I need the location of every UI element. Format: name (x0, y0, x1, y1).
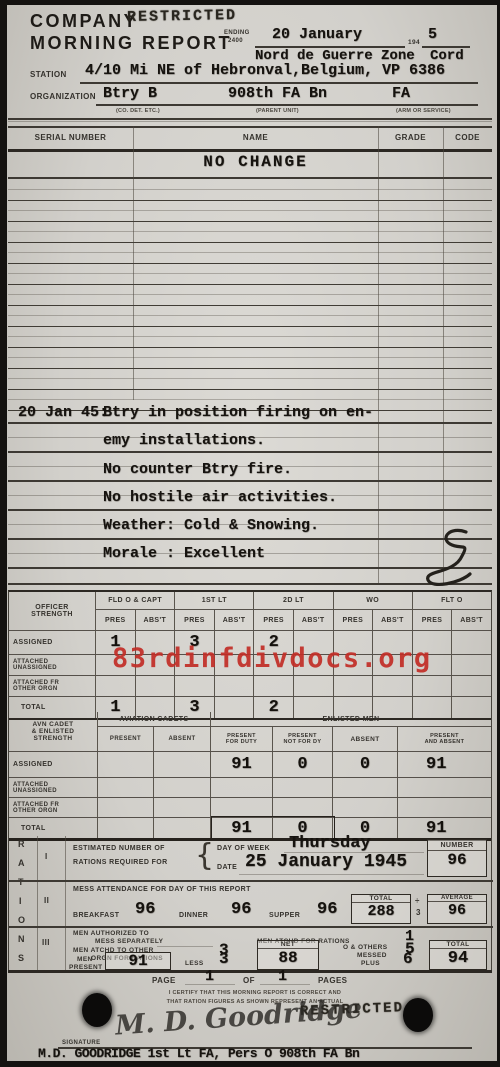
rations-divider (65, 836, 66, 970)
avn-cell (398, 778, 491, 797)
rule-line (260, 984, 310, 985)
rations-row-rule (9, 926, 493, 928)
men-authorized-label-1: MEN AUTHORIZED TO (73, 930, 149, 937)
rations-letter: A (18, 858, 25, 868)
blank-roster-rows (8, 180, 492, 411)
officer-group-flt-o: FLT O (413, 592, 491, 609)
grand-total-box: TOTAL 94 (429, 940, 487, 970)
officer-cell (136, 676, 176, 696)
blank-row (8, 348, 492, 369)
day-of-week-label: DAY OF WEEK (217, 845, 270, 852)
officer-sub-pres: PRES (175, 610, 215, 630)
mess-total-label: TOTAL (352, 895, 410, 903)
roster-top-rule (8, 126, 492, 128)
avn-cell (154, 778, 211, 797)
avn-sub-present-not-for-dy: PRESENT NOT FOR DY (273, 727, 333, 751)
punch-hole-left (82, 993, 112, 1027)
avn-total-cell (154, 818, 211, 838)
officer-assigned-cell (452, 631, 491, 654)
page-value: 1 (205, 968, 214, 985)
org-sub-arm-label: (ARM OR SERVICE) (396, 108, 451, 114)
avn-total-cell: 91 (398, 818, 491, 838)
avn-group-enlisted: ENLISTED MEN (211, 712, 491, 726)
certification-line-1: I CERTIFY THAT THIS MORNING REPORT IS CO… (169, 990, 341, 996)
rule-line (8, 451, 492, 453)
pages-label: PAGES (318, 976, 347, 985)
officer-cell (334, 676, 374, 696)
blank-row (8, 369, 492, 390)
average-box: AVERAGE 96 (427, 894, 487, 924)
col-serial-number: SERIAL NUMBER (8, 133, 133, 142)
men-present-value: 91 (128, 952, 147, 970)
org-sub-unit-label: (CO. DET. ETC.) (116, 108, 160, 114)
officer-group-fldo-capt: FLD O & CAPT (96, 592, 175, 609)
form-title-line2: MORNING REPORT (30, 33, 232, 54)
org-parent-value: 908th FA Bn (228, 85, 327, 102)
grand-total-label: TOTAL (430, 941, 486, 949)
avn-cell (211, 798, 273, 817)
blank-row (8, 222, 492, 243)
blank-row (8, 201, 492, 222)
dinner-label: DINNER (179, 912, 208, 919)
officer-cell (294, 676, 334, 696)
plus-label: PLUS (361, 960, 380, 967)
of-label: OF (243, 976, 255, 985)
roster-entry-no-change: NO CHANGE (133, 153, 378, 171)
rations-row1-numeral: I (45, 852, 48, 861)
officer-title-2: STRENGTH (31, 611, 73, 618)
avn-row-assigned-label: ASSIGNED (9, 752, 98, 777)
officer-group-1st-lt: 1ST LT (175, 592, 254, 609)
pages-value: 1 (278, 968, 287, 985)
rule-line (8, 509, 492, 511)
officer-sub-pres: PRES (96, 610, 136, 630)
officer-cell (96, 676, 136, 696)
mess-total-value: 288 (352, 903, 410, 920)
blank-row (8, 180, 492, 201)
blank-row (8, 264, 492, 285)
rations-row2-numeral: II (44, 896, 49, 905)
average-label: AVERAGE (428, 895, 486, 902)
avn-cell (98, 778, 154, 797)
year-prefix: 194 (408, 39, 420, 46)
number-label: NUMBER (428, 842, 486, 851)
avn-cell (333, 798, 398, 817)
punch-hole-right (403, 998, 433, 1032)
net-value: 88 (258, 949, 318, 967)
brace-glyph: { (195, 838, 214, 873)
watermark-83rdinfdivdocs: 83rdinfdivdocs.org (112, 643, 432, 674)
org-sub-parent-label: (PARENT UNIT) (256, 108, 299, 114)
net-box: NET 88 (257, 940, 319, 970)
officer-sub-abst: ABS'T (373, 610, 413, 630)
remarks-line-3: No counter Btry fire. (103, 461, 292, 478)
others-messed-label-2: MESSED (357, 952, 387, 959)
org-unit-value: Btry B (103, 85, 157, 102)
number-box: NUMBER 96 (427, 839, 487, 877)
ending-label: ENDING (224, 30, 250, 36)
handwritten-initial-mark (408, 526, 480, 588)
rations-letter: I (19, 896, 22, 906)
remarks-section: 20 Jan 45: Btry in position firing on en… (8, 400, 492, 586)
avn-assigned-cell: 0 (273, 752, 333, 777)
divide-num: 3 (416, 908, 421, 917)
avn-row-attached-unassigned-label: ATTACHED UNASSIGNED (9, 778, 98, 797)
remarks-line-6: Morale : Excellent (103, 545, 265, 562)
dinner-value: 96 (231, 900, 251, 919)
blank-row (8, 306, 492, 327)
avn-sub-present-for-duty: PRESENT FOR DUTY (211, 727, 273, 751)
officer-sub-pres: PRES (334, 610, 374, 630)
estimated-rations-label-1: ESTIMATED NUMBER OF (73, 845, 165, 852)
avn-strength-header: AVN CADET & ENLISTED STRENGTH (9, 712, 98, 751)
estimated-rations-label-2: RATIONS REQUIRED FOR (73, 859, 168, 866)
avn-row-total-label: TOTAL (9, 818, 98, 838)
page-label: PAGE (152, 976, 176, 985)
avn-enlisted-table: AVN CADET & ENLISTED STRENGTH AVIATION C… (8, 712, 492, 841)
avn-sub-absent-enlisted: ABSENT (333, 727, 398, 751)
remarks-line-2: emy installations. (103, 432, 265, 449)
avn-cell (154, 798, 211, 817)
blank-row (8, 243, 492, 264)
avn-row-attached-fr-label: ATTACHED FR OTHER ORGN (9, 798, 98, 817)
officer-cell (254, 676, 294, 696)
mess-attendance-label: MESS ATTENDANCE FOR DAY OF THIS REPORT (73, 886, 251, 893)
plus-value: 6 (403, 950, 413, 968)
remarks-date: 20 Jan 45: (18, 404, 108, 421)
avn-assigned-cell (98, 752, 154, 777)
officer-cell (452, 655, 491, 675)
restricted-stamp-top: RESTRICTED (127, 7, 237, 26)
col-name: NAME (133, 133, 378, 142)
less-label: LESS (185, 960, 204, 967)
form-title-line1: COMPANY (30, 11, 138, 32)
double-rule-2 (8, 121, 492, 122)
org-arm-value: FA (392, 85, 410, 102)
avn-cell (211, 778, 273, 797)
officer-row-attached-unassigned-label: ATTACHED UNASSIGNED (9, 655, 96, 675)
avn-total-cell (98, 818, 154, 838)
officer-cell (175, 676, 215, 696)
avn-sub-present: PRESENT (98, 727, 154, 751)
station-value: 4/10 Mi NE of Hebronval,Belgium, VP 6386 (85, 62, 445, 79)
officer-cell (452, 676, 491, 696)
net-label: NET (258, 941, 318, 949)
officer-cell (373, 676, 413, 696)
rations-letter: R (18, 839, 25, 849)
avn-cell (273, 798, 333, 817)
officer-title-1: OFFICER (35, 604, 69, 611)
rule-line (239, 874, 424, 875)
avn-assigned-cell: 0 (333, 752, 398, 777)
blank-row (8, 285, 492, 306)
rations-section: R A T I O N S I ESTIMATED NUMBER OF RATI… (8, 836, 492, 970)
rations-date-value: 25 January 1945 (245, 852, 407, 872)
roster-entry-rule (8, 177, 492, 179)
organization-underline (96, 104, 478, 106)
officer-sub-abst: ABS'T (294, 610, 334, 630)
rule-line (8, 480, 492, 482)
remarks-line-4: No hostile air activities. (103, 489, 337, 506)
col-grade: GRADE (378, 133, 443, 142)
avn-group-cadets: AVIATION CADETS (98, 712, 211, 726)
rations-row-rule (9, 880, 493, 882)
day-of-week-value: Thursday (289, 834, 371, 853)
avn-assigned-cell (154, 752, 211, 777)
officer-cell (215, 676, 255, 696)
morning-report-scan: COMPANY MORNING REPORT RESTRICTED ENDING… (0, 0, 500, 1067)
blank-row (8, 327, 492, 348)
avn-assigned-cell: 91 (398, 752, 491, 777)
avn-cell (273, 778, 333, 797)
rations-letter: T (18, 877, 24, 887)
average-value: 96 (428, 902, 486, 919)
double-rule-1 (8, 118, 492, 120)
avn-sub-present-and-absent: PRESENT AND ABSENT (398, 727, 491, 751)
officer-sub-abst: ABS'T (452, 610, 491, 630)
avn-cell (98, 798, 154, 817)
officer-strength-header: OFFICER STRENGTH (9, 592, 96, 630)
less-value: 3 (219, 950, 229, 968)
col-code: CODE (443, 133, 492, 142)
mess-total-box: TOTAL 288 (351, 894, 411, 924)
station-label: STATION (30, 70, 67, 79)
rations-bottom-rule (8, 970, 492, 973)
avn-total-cell: 91 (211, 818, 273, 838)
avn-cell (333, 778, 398, 797)
remarks-line-5: Weather: Cold & Snowing. (103, 517, 319, 534)
avn-sub-absent: ABSENT (154, 727, 211, 751)
rule-line (8, 422, 492, 424)
ending-time-label: 2400 (228, 38, 243, 44)
supper-label: SUPPER (269, 912, 300, 919)
officer-sub-pres: PRES (413, 610, 453, 630)
divide-sign: ÷ (415, 896, 420, 905)
men-present-label-1: MEN (77, 956, 93, 963)
grand-total-value: 94 (430, 949, 486, 968)
officer-sub-pres: PRES (254, 610, 294, 630)
officer-group-2d-lt: 2D LT (254, 592, 333, 609)
rule-line (157, 946, 213, 947)
date-label: DATE (217, 864, 237, 871)
officer-group-wo: WO (334, 592, 413, 609)
remarks-line-1: Btry in position firing on en- (103, 404, 373, 421)
officer-row-assigned-label: ASSIGNED (9, 631, 96, 654)
rations-letter: O (18, 915, 25, 925)
rations-row3-numeral: III (42, 938, 50, 947)
officer-sub-abst: ABS'T (215, 610, 255, 630)
rule-line (185, 984, 235, 985)
typed-signature-line: M.D. GOODRIDGE 1st Lt FA, Pers O 908th F… (38, 1046, 359, 1061)
organization-label: ORGANIZATION (30, 92, 96, 101)
officer-cell (413, 676, 453, 696)
men-present-box: 91 (105, 952, 171, 970)
avn-assigned-cell: 91 (211, 752, 273, 777)
year-value: 5 (428, 26, 437, 43)
supper-value: 96 (317, 900, 337, 919)
rations-letter: N (18, 934, 25, 944)
men-authorized-label-2: MESS SEPARATELY (95, 938, 163, 945)
rations-divider (37, 836, 38, 970)
rations-letter: S (18, 953, 24, 963)
breakfast-value: 96 (135, 900, 155, 919)
breakfast-label: BREAKFAST (73, 912, 119, 919)
report-date-value: 20 January (272, 26, 362, 43)
others-messed-label-1: O & OTHERS (343, 944, 387, 951)
number-value: 96 (428, 851, 486, 869)
station-underline (80, 82, 478, 84)
roster-header-rule (8, 149, 492, 152)
officer-row-attached-fr-label: ATTACHED FR OTHER ORGN (9, 676, 96, 696)
officer-sub-abst: ABS'T (136, 610, 176, 630)
avn-cell (398, 798, 491, 817)
